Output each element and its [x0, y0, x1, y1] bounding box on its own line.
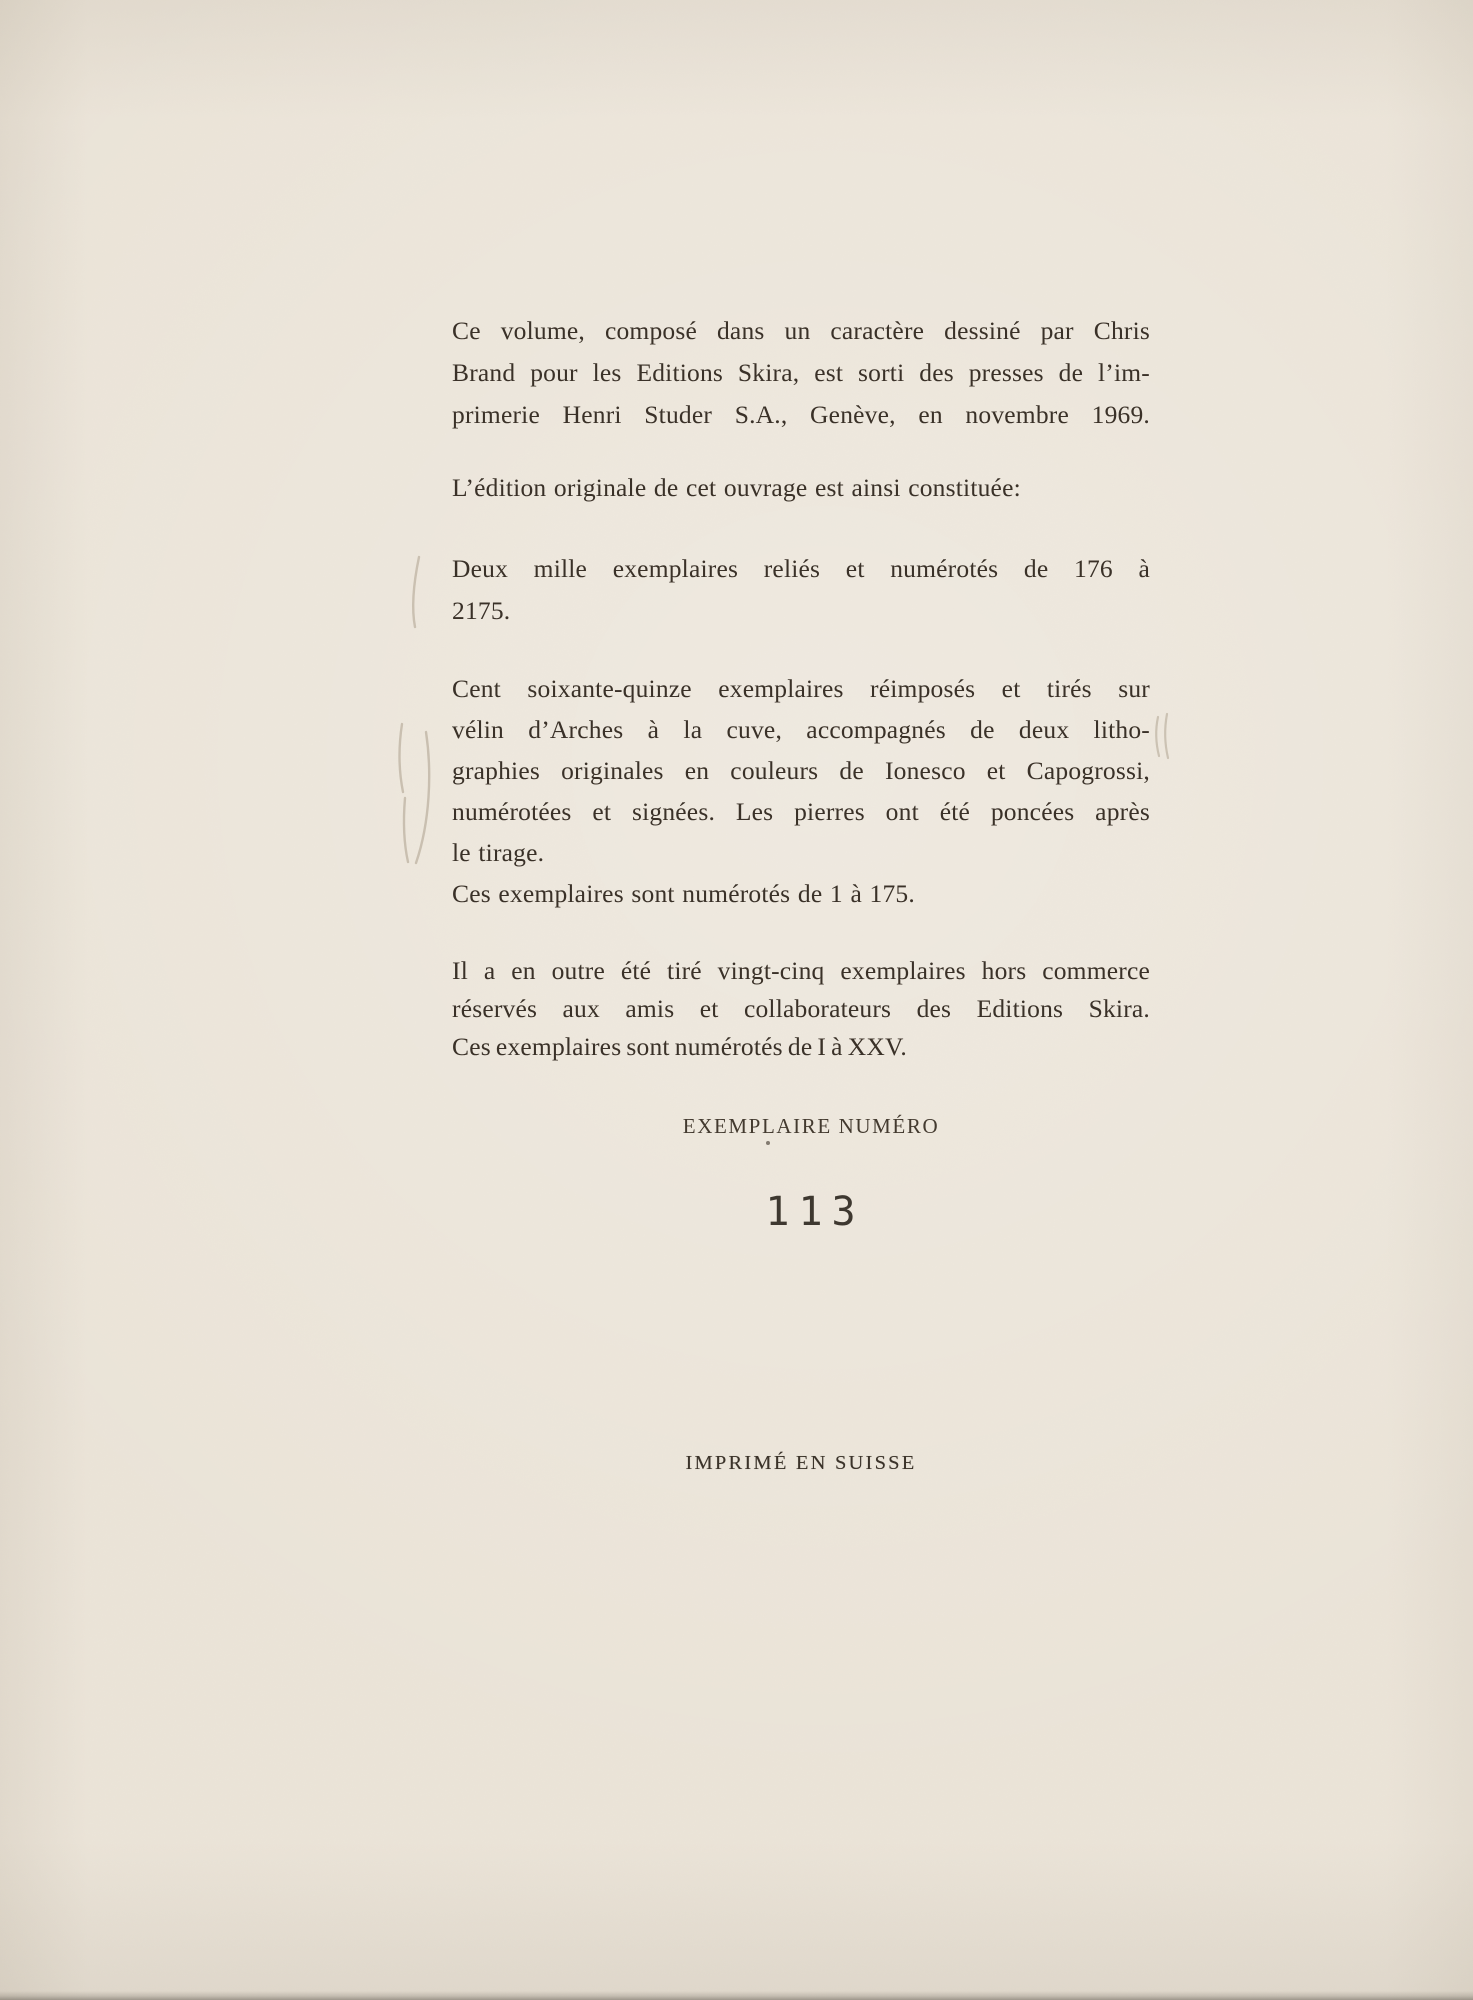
text-line: le tirage. [452, 832, 1150, 873]
text-line: Cent soixante-quinze exemplaires réimpos… [452, 668, 1150, 709]
text-line: Ces exemplaires sont numérotés de 1 à 17… [452, 873, 1150, 914]
text-line: Ces exemplaires sont numérotés de I à XX… [452, 1028, 1150, 1066]
paragraph-deluxe-copies: Cent soixante-quinze exemplaires réimpos… [452, 668, 1150, 914]
paragraph-edition-intro: L’édition originale de cet ouvrage est a… [452, 467, 1150, 509]
text-line: graphies originales en couleurs de Iones… [452, 750, 1150, 791]
paragraph-hors-commerce: Il a en outre été tiré vingt-cinq exempl… [452, 952, 1150, 1066]
text-line: L’édition originale de cet ouvrage est a… [452, 467, 1150, 509]
exemplaire-label: EXEMPLAIRE NUMÉRO [462, 1114, 1160, 1139]
text-line: Brand pour les Editions Skira, est sorti… [452, 352, 1150, 394]
copy-number-stamp: 113 [466, 1192, 1164, 1232]
text-line: 2175. [452, 590, 1150, 632]
text-line: réservés aux amis et collaborateurs des … [452, 990, 1150, 1028]
paragraph-printing-note: Ce volume, composé dans un caractère des… [452, 310, 1150, 436]
text-line: Deux mille exemplaires reliés et numérot… [452, 548, 1150, 590]
text-line: numérotées et signées. Les pierres ont é… [452, 791, 1150, 832]
page-bottom-edge [0, 1991, 1473, 2000]
colophon-page: Ce volume, composé dans un caractère des… [0, 0, 1473, 2000]
text-line: primerie Henri Studer S.A., Genève, en n… [452, 394, 1150, 436]
imprint-line: IMPRIMÉ EN SUISSE [452, 1452, 1150, 1475]
text-line: Il a en outre été tiré vingt-cinq exempl… [452, 952, 1150, 990]
text-line: Ce volume, composé dans un caractère des… [452, 310, 1150, 352]
text-line: vélin d’Arches à la cuve, accompagnés de… [452, 709, 1150, 750]
paragraph-numbered-copies: Deux mille exemplaires reliés et numérot… [452, 548, 1150, 632]
ink-speck [766, 1141, 770, 1145]
